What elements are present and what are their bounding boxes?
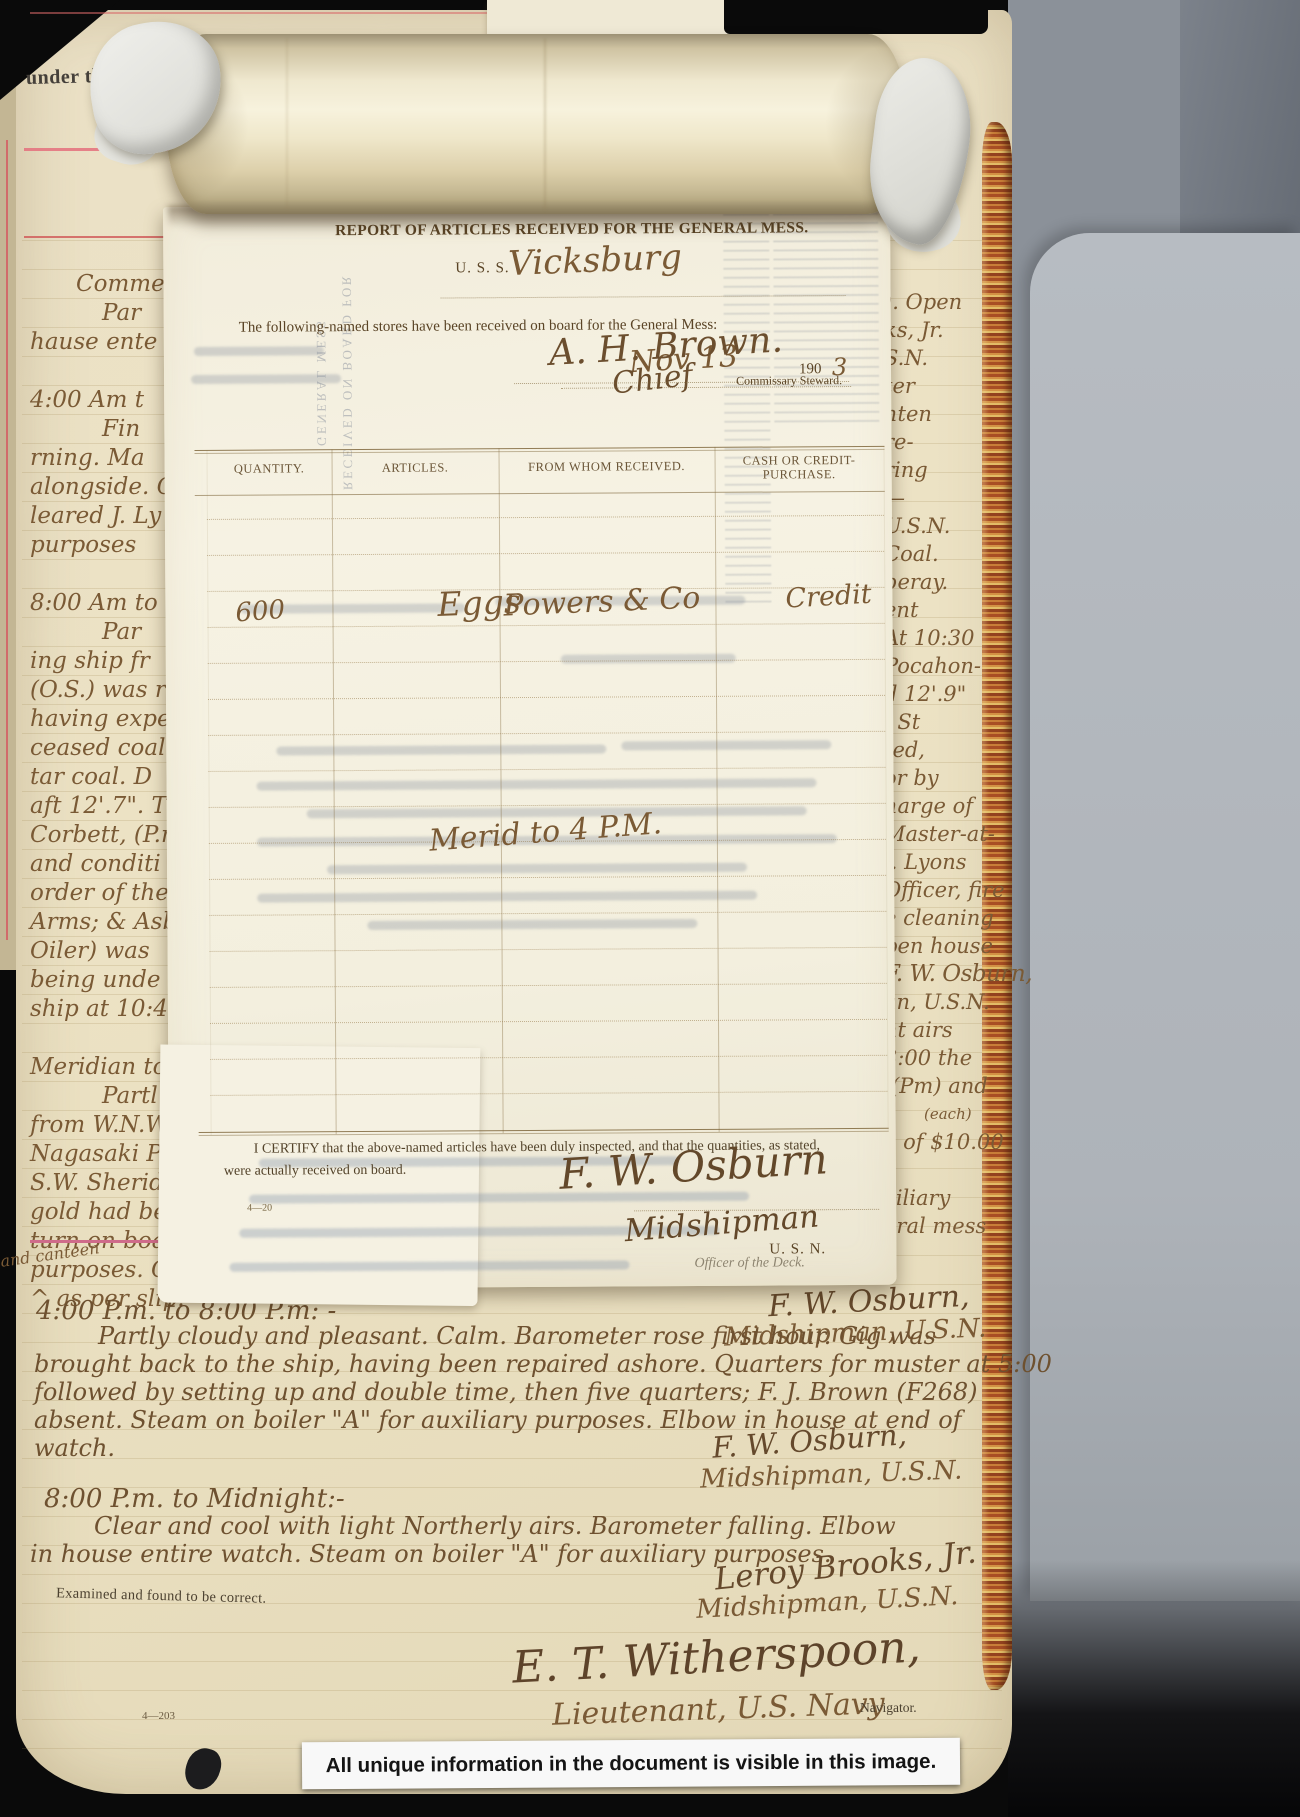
- margin-line: Pocahon-: [884, 652, 1008, 680]
- table-row-line: [210, 1091, 887, 1096]
- column-header-from-whom: FROM WHOM RECEIVED.: [499, 459, 715, 475]
- margin-line: pen house: [884, 932, 1008, 960]
- ghost-writing: [367, 919, 697, 930]
- table-column-line: [714, 447, 719, 1132]
- margin-line: harge of: [884, 792, 1008, 820]
- ghost-writing: [276, 745, 606, 756]
- log-line: brought back to the ship, having been re…: [34, 1350, 994, 1378]
- red-ruled-line-top-edge: [30, 12, 500, 14]
- table-row-line: [208, 695, 885, 700]
- margin-line: ht airs: [884, 1016, 1008, 1044]
- caption-label: All unique information in the document i…: [302, 1738, 960, 1790]
- form-number: 4—20: [247, 1203, 272, 1214]
- red-ruled-line-vertical: [6, 140, 8, 940]
- table-row-line: [208, 623, 885, 628]
- photo-scene: under th CommeParhause ente4:00 Am tFinr…: [0, 0, 1300, 1817]
- officer-title-printed: Officer of the Deck.: [694, 1255, 805, 1272]
- margin-line: ring: [884, 456, 1008, 484]
- column-header-articles: ARTICLES.: [332, 460, 499, 476]
- backdrop-shadow-bottom: [1008, 1560, 1300, 1817]
- table-column-line: [206, 450, 211, 1135]
- table-row-line: [210, 1055, 887, 1060]
- margin-line: ). Open: [884, 288, 1008, 316]
- column-header-quantity: QUANTITY.: [207, 461, 332, 477]
- photo-top-black: [724, 0, 988, 34]
- margin-line: eral mess: [884, 1212, 1008, 1240]
- table-row-line: [209, 911, 886, 916]
- log-line: Partly cloudy and pleasant. Calm. Barome…: [34, 1322, 994, 1350]
- log-line: followed by setting up and double time, …: [34, 1378, 994, 1406]
- page-form-number: 4—203: [142, 1710, 175, 1722]
- margin-line: e cleaning: [884, 904, 1008, 932]
- margin-line: At 10:30: [884, 624, 1008, 652]
- red-ruled-line-2: [24, 236, 184, 238]
- logbook-right-margin: ). Openks, Jr.S.N.terhtenre-ring—U.S.N.C…: [884, 288, 1008, 1240]
- margin-line: or by: [884, 764, 1008, 792]
- ghost-writing: [229, 1260, 629, 1271]
- navigator-printed-label: Navigator.: [860, 1700, 917, 1716]
- margin-line: hten: [884, 400, 1008, 428]
- table-row-line: [209, 875, 886, 880]
- column-header-cash-credit: CASH OR CREDIT- PURCHASE.: [715, 453, 884, 482]
- ghost-writing: [327, 863, 747, 875]
- margin-line: [884, 1156, 1008, 1184]
- gray-paper-corner: [1030, 233, 1300, 1601]
- margin-line: beray.: [884, 568, 1008, 596]
- margin-line: re-: [884, 428, 1008, 456]
- margin-line: ent: [884, 596, 1008, 624]
- table-row-line: [210, 947, 887, 952]
- log-line: Clear and cool with light Northerly airs…: [30, 1512, 990, 1540]
- margin-line: -(Pm) and: [884, 1072, 1008, 1100]
- table-column-line: [883, 446, 888, 1131]
- margin-line: J. Lyons: [884, 848, 1008, 876]
- margin-line: d 12'.9": [884, 680, 1008, 708]
- certify-line-2: were actually received on board.: [224, 1163, 406, 1180]
- margin-line: —: [884, 484, 1008, 512]
- ghost-writing: [191, 374, 341, 384]
- steward-signature-line2: Chief: [610, 358, 694, 402]
- margin-line: ted,: [884, 736, 1008, 764]
- ship-label: U. S. S.: [455, 260, 509, 277]
- entry-quantity: 600: [234, 595, 286, 629]
- table-row-line: [208, 731, 885, 736]
- table-row-line: [210, 1019, 887, 1024]
- watch-8pm-heading: 8:00 P.m. to Midnight:-: [44, 1484, 345, 1514]
- margin-line: e of $10.00: [884, 1128, 1008, 1156]
- margin-line: F. W. Osburn,: [884, 960, 1008, 988]
- steward-title-printed: Commissary Steward.: [736, 373, 842, 389]
- bleedthrough-column: [723, 214, 771, 604]
- margin-line: (each): [884, 1100, 1008, 1128]
- entry-from-whom: Powers & Co: [503, 581, 701, 624]
- margin-line: ter: [884, 372, 1008, 400]
- ship-name-written: Vicksburg: [508, 237, 683, 284]
- ghost-writing: [561, 654, 736, 664]
- margin-line: Coal.: [884, 540, 1008, 568]
- bleedthrough-column: [773, 213, 879, 429]
- table-row-line: [207, 515, 884, 520]
- table-row-line: [208, 767, 885, 772]
- ghost-writing: [621, 740, 831, 750]
- mess-report-form: RECEIVED ON BOARD FOR GENERAL MESS REPOR…: [163, 203, 897, 1289]
- table-column-line: [498, 448, 503, 1133]
- table-column-line: [331, 449, 336, 1134]
- table-row-line: [208, 659, 885, 664]
- margin-line: U.S.N.: [884, 512, 1008, 540]
- margin-line: , St: [884, 708, 1008, 736]
- roll-seam: [286, 38, 288, 210]
- margin-line: Master-at-: [884, 820, 1008, 848]
- ghost-writing: [257, 778, 817, 790]
- margin-line: xiliary: [884, 1184, 1008, 1212]
- ghost-writing: [249, 1192, 749, 1204]
- roll-seam: [544, 38, 546, 210]
- margin-line: Officer, fire: [884, 876, 1008, 904]
- entry-cash-credit: Credit: [785, 579, 873, 615]
- table-row-line: [207, 551, 884, 556]
- margin-line: an, U.S.N.: [884, 988, 1008, 1016]
- rolled-paper: [166, 34, 908, 214]
- margin-line: ks, Jr.: [884, 316, 1008, 344]
- margin-line: 3:00 the: [884, 1044, 1008, 1072]
- table-rule: [195, 491, 885, 496]
- ghost-writing: [194, 346, 324, 356]
- table-row-line: [210, 983, 887, 988]
- margin-line: S.N.: [884, 344, 1008, 372]
- ghost-writing: [257, 891, 757, 903]
- backdrop-shadow-top: [1180, 0, 1300, 240]
